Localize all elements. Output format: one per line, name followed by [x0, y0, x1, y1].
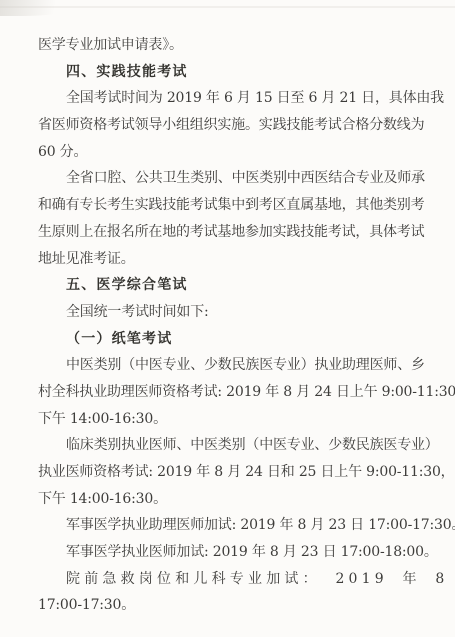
heading-paper-pencil-exam: （一）纸笔考试 [38, 326, 422, 353]
document-page: 医学专业加试申请表》。 四、实践技能考试 全国考试时间为 2019 年 6 月 … [0, 0, 455, 637]
line-provincial-categories-1: 全省口腔、公共卫生类别、中医类别中西医结合专业及师承 [38, 165, 422, 192]
heading-practical-skills-exam: 四、实践技能考试 [38, 59, 422, 86]
line-provincial-categories-3: 生原则上在报名所在地的考试基地参加实践技能考试，具体考试 [38, 219, 422, 246]
scan-corner-artifact [0, 0, 78, 16]
line-clinical-practicing-exam-1: 临床类别执业医师、中医类别（中医专业、少数民族医专业） [38, 432, 422, 459]
line-tcm-assistant-exam-2: 村全科执业助理医师资格考试: 2019 年 8 月 24 日上午 9:00-11… [38, 379, 422, 406]
line-military-assistant-addtest: 军事医学执业助理医师加试: 2019 年 8 月 23 日 17:00-17:3… [38, 512, 422, 539]
line-clinical-practicing-exam-3: 下午 14:00-16:30。 [38, 486, 422, 513]
line-national-exam-time-2: 省医师资格考试领导小组组织实施。实践技能考试合格分数线为 [38, 112, 422, 139]
line-provincial-categories-2: 和确有专长考生实践技能考试集中到考区直属基地，其他类别考 [38, 192, 422, 219]
heading-medical-written-exam: 五、医学综合笔试 [38, 272, 422, 299]
line-tcm-assistant-exam-3: 下午 14:00-16:30。 [38, 406, 422, 433]
line-application-form-tail: 医学专业加试申请表》。 [38, 32, 422, 59]
line-provincial-categories-4: 地址见准考证。 [38, 246, 422, 273]
line-tcm-assistant-exam-1: 中医类别（中医专业、少数民族医专业）执业助理医师、乡 [38, 352, 422, 379]
document-text-block: 医学专业加试申请表》。 四、实践技能考试 全国考试时间为 2019 年 6 月 … [38, 32, 422, 619]
line-national-exam-time-1: 全国考试时间为 2019 年 6 月 15 日至 6 月 21 日，具体由我 [38, 85, 422, 112]
line-military-practicing-addtest: 军事医学执业医师加试: 2019 年 8 月 23 日 17:00-18:00。 [38, 539, 422, 566]
line-national-exam-time-3: 60 分。 [38, 139, 422, 166]
line-national-unified-time: 全国统一考试时间如下: [38, 299, 422, 326]
line-prehospital-pediatrics-addtest-1: 院前急救岗位和儿科专业加试： 2019 年 8 月 23 日 [38, 566, 422, 593]
line-clinical-practicing-exam-2: 执业医师资格考试: 2019 年 8 月 24 日和 25 日上午 9:00-1… [38, 459, 422, 486]
line-prehospital-pediatrics-addtest-2: 17:00-17:30。 [38, 592, 422, 619]
